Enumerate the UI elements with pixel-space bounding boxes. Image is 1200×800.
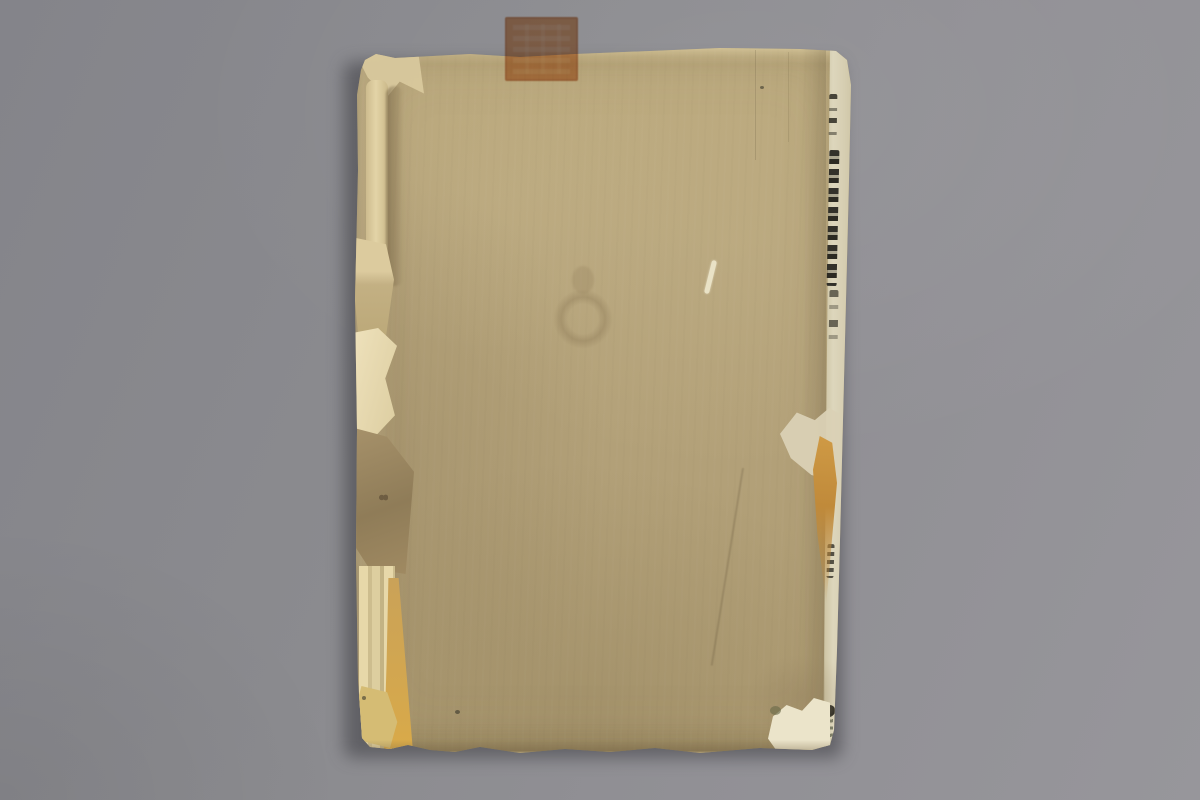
- antique-book-cover: [350, 44, 855, 756]
- dark-speck-corner: [362, 696, 366, 700]
- collector-seal-stamp: [505, 17, 578, 81]
- binding-stitch-mark: [379, 494, 388, 501]
- top-crease-line-2: [788, 52, 789, 142]
- center-ring-stain: [552, 288, 614, 350]
- dark-speck-top: [760, 86, 764, 89]
- bottom-right-olive-speck: [770, 706, 781, 715]
- fore-edge-print-marks-top: [829, 94, 838, 136]
- cover-paper-texture: [350, 44, 855, 756]
- top-edge-highlight: [350, 48, 855, 64]
- fore-edge-print-marks-lower: [828, 290, 838, 350]
- right-fold-shade: [802, 44, 826, 756]
- seal-character-marks: [513, 24, 570, 74]
- top-crease-line-1: [755, 50, 756, 160]
- photo-antique-book: [0, 0, 1200, 800]
- center-stain-smudge: [572, 266, 594, 294]
- dark-speck-bottom: [455, 710, 460, 714]
